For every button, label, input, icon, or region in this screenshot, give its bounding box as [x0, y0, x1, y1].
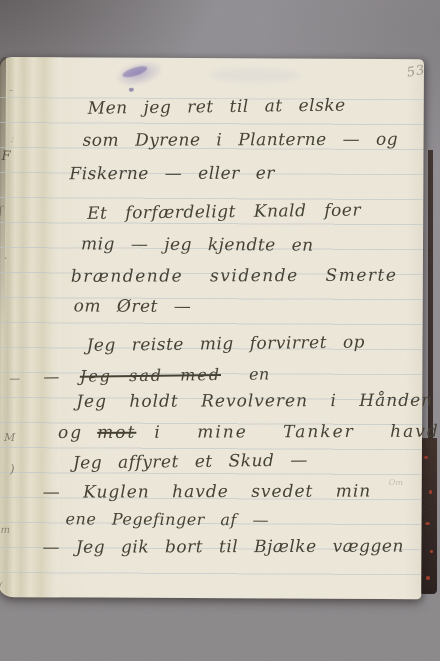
handwriting-text: ene Pegefinger af — [66, 509, 269, 529]
handwriting-text: mig — jeg kjendte en [81, 234, 314, 255]
handwriting-line: Et forfærdeligt Knald foer [87, 201, 361, 224]
handwriting-line: om Øret — [74, 296, 192, 317]
handwriting-text: Men jeg ret til at elske [88, 96, 346, 119]
margin-mark: – [9, 86, 14, 96]
cover-fleck [425, 522, 430, 525]
cover-edge-flecks [421, 438, 437, 594]
page-number: 53 [406, 63, 427, 81]
strikethrough-text: Jeg sad med [80, 365, 221, 386]
strikethrough-text: mot [97, 423, 136, 443]
handwriting-text: om Øret — [74, 296, 192, 317]
margin-mark: ʃ [0, 204, 2, 217]
margin-mark: F [1, 149, 10, 164]
handwriting-line: Fiskerne — eller er [69, 164, 275, 185]
handwriting-text: — Kuglen havde svedet min [43, 482, 372, 503]
ink-blot-dot [129, 88, 134, 92]
handwriting-text: en [249, 364, 270, 383]
handwriting-line: Jeg affyret et Skud — [73, 451, 308, 474]
cover-fleck [429, 490, 432, 494]
margin-mark: ) [10, 462, 15, 476]
cover-fleck [430, 550, 433, 553]
margin-mark: ∶ [11, 136, 13, 146]
handwriting-line: Men jeg ret til at elske [88, 96, 346, 119]
handwriting-line: —Jeg sad meden [43, 364, 270, 386]
pencil-note: Om [389, 478, 403, 487]
handwriting-text: Jeg holdt Revolveren i Hånden [76, 391, 433, 412]
margin-mark: m [0, 525, 10, 536]
cover-fleck [426, 576, 430, 580]
margin-mark: M [4, 431, 15, 444]
ink-haze [210, 68, 300, 82]
margin-mark: ( [0, 580, 3, 593]
handwriting-text: Fiskerne — eller er [69, 164, 275, 185]
handwriting-text: Jeg affyret et Skud — [73, 451, 308, 474]
manuscript-photo: – ∶ F ʃ · — M ) m ( Men jeg ret til at e… [0, 0, 440, 661]
handwriting-line: brændende svidende Smerte [71, 266, 398, 287]
handwriting-text: — Jeg gik bort til Bjælke væggen [42, 537, 404, 558]
handwriting-line: som Dyrene i Planterne — og [83, 130, 399, 151]
handwriting-line: mig — jeg kjendte en [81, 234, 314, 255]
handwriting-line: Jeg reiste mig forvirret op [86, 332, 365, 355]
handwriting-text: i mine Tanker havde [154, 422, 440, 443]
handwriting-text: Jeg reiste mig forvirret op [86, 332, 365, 355]
handwriting-text: Et forfærdeligt Knald foer [87, 201, 361, 224]
handwriting-line: ene Pegefinger af — [66, 509, 269, 529]
handwriting-line: — Kuglen havde svedet min [43, 482, 372, 503]
handwriting-line: Jeg holdt Revolveren i Hånden [76, 391, 433, 412]
notebook-page: – ∶ F ʃ · — M ) m ( Men jeg ret til at e… [0, 57, 424, 599]
margin-mark: — [9, 372, 20, 385]
handwriting-line: — Jeg gik bort til Bjælke væggen [42, 537, 404, 558]
margin-mark: · [4, 252, 8, 265]
handwriting-text: — [43, 367, 60, 386]
handwriting-text: og [58, 423, 83, 443]
handwriting-text: som Dyrene i Planterne — og [83, 130, 399, 151]
handwriting-line: ogmoti mine Tanker havde [58, 422, 440, 443]
cover-fleck [424, 456, 428, 459]
handwriting-text: brændende svidende Smerte [71, 266, 398, 287]
